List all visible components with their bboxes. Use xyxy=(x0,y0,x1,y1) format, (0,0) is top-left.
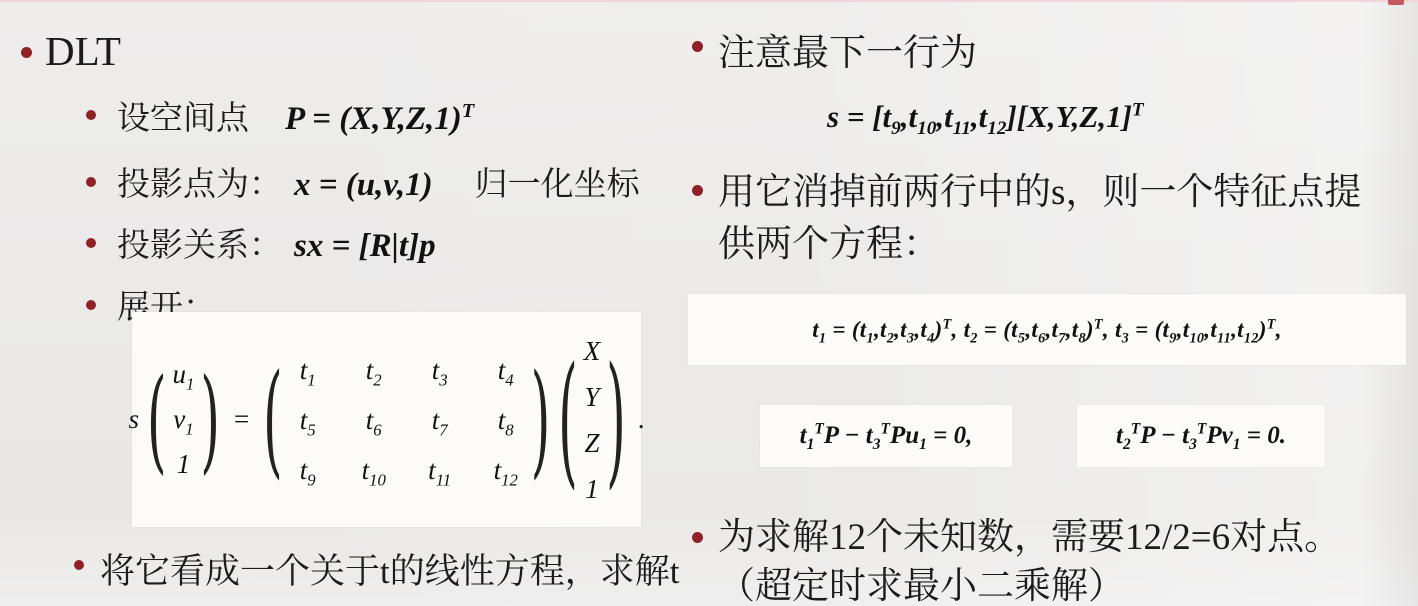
list-item-space-point: 设空间点 P = (X,Y,Z,1)T xyxy=(117,92,474,139)
bullet-dot xyxy=(74,560,84,570)
vector-cell: X xyxy=(584,328,601,374)
matrix-cell: t5 xyxy=(291,395,325,445)
vector-cell: Y xyxy=(584,374,599,420)
matrix-cell: t10 xyxy=(357,445,391,495)
slide: DLT 设空间点 P = (X,Y,Z,1)T 投影点为： x = (u,v,1… xyxy=(0,0,1418,606)
matrix-cell: t6 xyxy=(357,395,391,445)
matrix-cell: t11 xyxy=(423,445,457,495)
bullet-dot xyxy=(86,238,96,248)
paren-right: ) xyxy=(606,348,626,491)
bullet-dot xyxy=(692,41,703,52)
vector-cell: 1 xyxy=(585,466,599,512)
matrix-cell: t2 xyxy=(357,345,391,395)
frame-top-line xyxy=(0,0,1418,2)
formula-projection-relation: sx = [R|t]p xyxy=(294,228,436,265)
right-item2-line2: 供两个方程： xyxy=(718,219,1361,271)
item-suffix-normalized-coords: 归一化坐标 xyxy=(475,158,640,205)
rhs-vector: ( X Y Z 1 ) xyxy=(558,328,626,512)
formula-equation-v: t2TP − t3TPv1 = 0. xyxy=(1116,422,1286,450)
equation-u-panel: t1TP − t3TPu1 = 0, xyxy=(760,405,1012,467)
matrix-cell: t12 xyxy=(489,445,523,495)
equals-sign: = xyxy=(234,404,249,435)
matrix-cell: t9 xyxy=(291,445,325,495)
bullet-dot xyxy=(692,185,703,196)
vector-cell: Z xyxy=(584,420,599,466)
frame-top-red-dash xyxy=(1388,0,1404,5)
lhs-vector: ( u1 v1 1 ) xyxy=(147,352,220,487)
matrix-cell: t4 xyxy=(489,345,523,395)
equation-v-panel: t2TP − t3TPv1 = 0. xyxy=(1077,405,1325,467)
matrix-equation-panel: s ( u1 v1 1 ) = ( t1 t2 t3 t4 t5 xyxy=(132,312,641,527)
vector-cell: v1 xyxy=(173,397,193,442)
list-item-projection-point: 投影点为： x = (u,v,1) 归一化坐标 xyxy=(117,158,640,205)
formula-equation-u: t1TP − t3TPu1 = 0, xyxy=(800,422,973,450)
right-item1-label: 注意最下一行为 xyxy=(718,22,977,76)
bullet-dot xyxy=(86,300,96,310)
matrix-cell: t7 xyxy=(423,395,457,445)
bullet-dot xyxy=(21,47,32,58)
bullet-dot xyxy=(86,110,96,120)
paren-right: ) xyxy=(531,358,551,481)
scale-coefficient: s xyxy=(129,404,140,435)
paren-left: ( xyxy=(558,348,578,491)
bullet-dot xyxy=(692,532,703,543)
title-dlt: DLT xyxy=(45,27,121,75)
matrix-cell: t8 xyxy=(489,395,523,445)
right-item3-line2: （超定时求最小二乘解） xyxy=(718,562,1341,606)
paren-left: ( xyxy=(147,363,167,476)
t-vectors-panel: t1 = (t1,t2,t3,t4)T, t2 = (t5,t6,t7,t8)T… xyxy=(688,294,1406,365)
period: . xyxy=(638,404,645,435)
right-item3-text: 为求解12个未知数，需要12/2=6对点。 （超定时求最小二乘解） xyxy=(718,513,1341,606)
item-label: 投影关系： xyxy=(117,219,282,266)
vector-cell: u1 xyxy=(173,352,195,397)
left-footer-text: 将它看成一个关于t的线性方程，求解t xyxy=(100,544,679,594)
formula-projection-point: x = (u,v,1) xyxy=(294,167,433,204)
item-label: 投影点为： xyxy=(117,158,282,205)
t-matrix: ( t1 t2 t3 t4 t5 t6 t7 t8 t9 t10 t11 t12… xyxy=(263,345,550,495)
paren-left: ( xyxy=(263,358,283,481)
right-item3-line1: 为求解12个未知数，需要12/2=6对点。 xyxy=(718,513,1341,562)
item-label: 设空间点 xyxy=(117,92,249,139)
list-item-projection-relation: 投影关系： sx = [R|t]p xyxy=(117,219,436,266)
matrix-cell: t3 xyxy=(423,345,457,395)
formula-space-point: P = (X,Y,Z,1)T xyxy=(285,101,474,138)
matrix-cell: t1 xyxy=(291,345,325,395)
right-item2-line1: 用它消掉前两行中的s，则一个特征点提 xyxy=(718,167,1361,219)
formula-s-last-row: s = [t9,t10,t11,t12][X,Y,Z,1]T xyxy=(827,99,1144,135)
paren-right: ) xyxy=(200,363,220,476)
formula-t-vectors: t1 = (t1,t2,t3,t4)T, t2 = (t5,t6,t7,t8)T… xyxy=(812,317,1282,343)
right-item2-text: 用它消掉前两行中的s，则一个特征点提 供两个方程： xyxy=(718,167,1361,271)
bullet-dot xyxy=(86,177,96,187)
vector-cell: 1 xyxy=(177,442,191,487)
matrix-equation: s ( u1 v1 1 ) = ( t1 t2 t3 t4 t5 xyxy=(129,328,645,512)
